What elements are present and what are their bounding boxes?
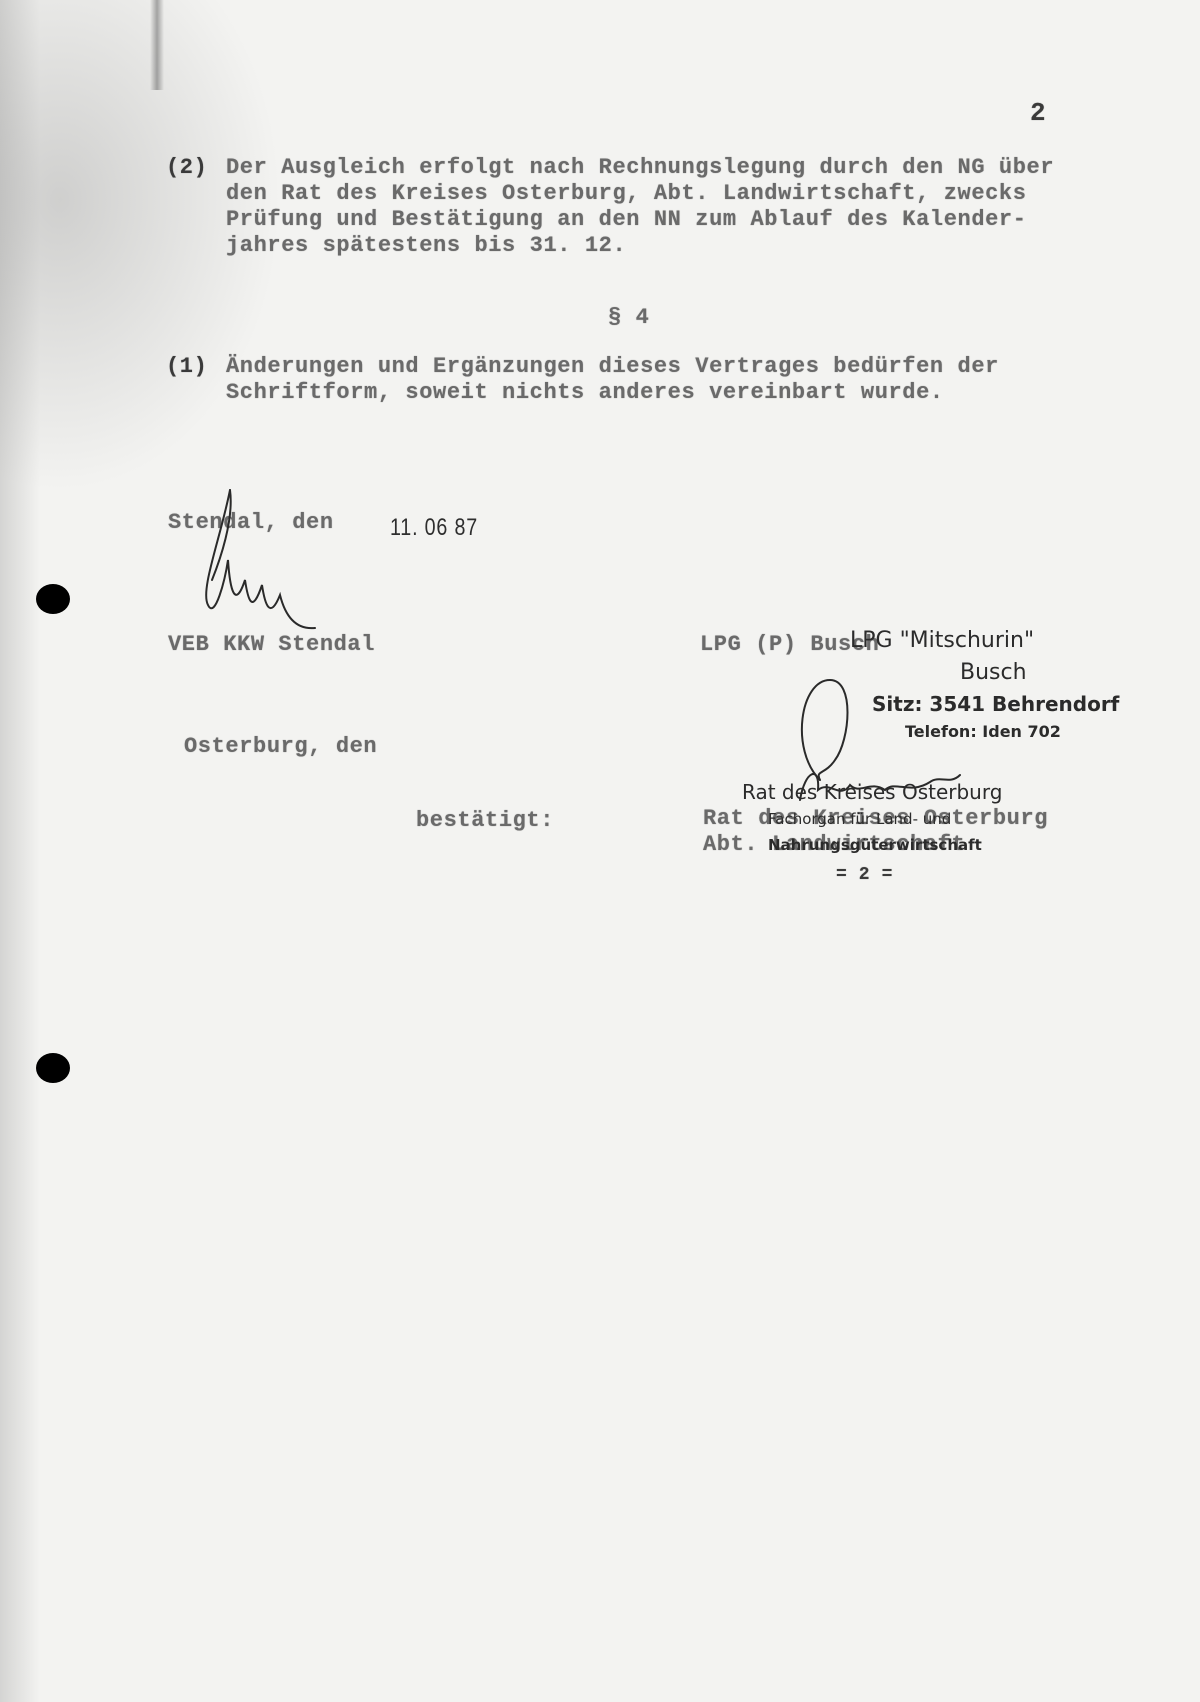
party-left: VEB KKW Stendal	[168, 632, 375, 658]
stamp-lpg-line: Busch	[960, 660, 1027, 685]
paper-crease	[150, 0, 164, 90]
punch-hole-top	[36, 584, 70, 614]
stamp-lpg-line: Sitz: 3541 Behrendorf	[872, 692, 1119, 716]
stamp-rat-line: Nahrungsgüterwirtschaft	[768, 836, 982, 854]
signature-left	[190, 480, 340, 650]
signature-rat	[790, 760, 970, 820]
punch-hole-bottom	[36, 1053, 70, 1083]
place-date-osterburg: Osterburg, den	[184, 734, 377, 760]
date-stamp: 11. 06 87	[390, 514, 478, 542]
para-line: jahres spätestens bis 31. 12.	[226, 233, 626, 259]
para-line: Schriftform, soweit nichts anderes verei…	[226, 380, 944, 406]
stamp-lpg-line: LPG "Mitschurin"	[850, 628, 1034, 653]
para-line: den Rat des Kreises Osterburg, Abt. Land…	[226, 181, 1027, 207]
para-marker: (2)	[166, 155, 207, 181]
continuation-marker: = 2 =	[836, 862, 893, 888]
page-number: 2	[1030, 100, 1046, 126]
para-line: Der Ausgleich erfolgt nach Rechnungslegu…	[226, 155, 1054, 181]
stamp-lpg-line: Telefon: Iden 702	[905, 722, 1061, 741]
para-line: Prüfung und Bestätigung an den NN zum Ab…	[226, 207, 1027, 233]
confirmed-label: bestätigt:	[416, 808, 554, 834]
section-heading: § 4	[608, 305, 649, 331]
para-marker: (1)	[166, 354, 207, 380]
para-line: Änderungen und Ergänzungen dieses Vertra…	[226, 354, 999, 380]
